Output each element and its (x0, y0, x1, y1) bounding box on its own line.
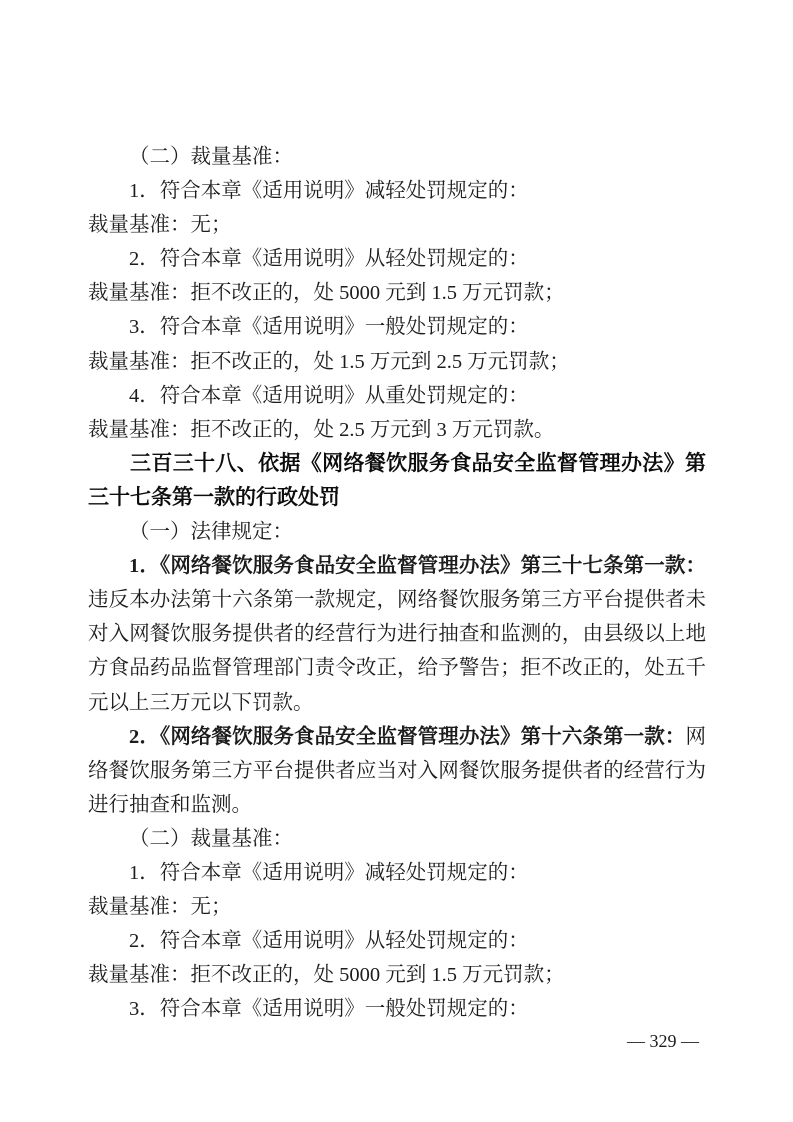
paragraph: 裁量基准：无； (88, 208, 706, 242)
document-body: （二）裁量基准：1．符合本章《适用说明》减轻处罚规定的：裁量基准：无；2．符合本… (88, 140, 706, 1026)
text-run: （一）法律规定： (129, 521, 293, 543)
text-run: （二）裁量基准： (129, 146, 293, 168)
text-run: （二）裁量基准： (129, 828, 293, 850)
text-run: 1．符合本章《适用说明》减轻处罚规定的： (129, 862, 529, 884)
text-run: 1．《网络餐饮服务食品安全监督管理办法》第三十七条第一款： (129, 555, 706, 577)
paragraph: 裁量基准：拒不改正的，处 5000 元到 1.5 万元罚款； (88, 276, 706, 310)
paragraph: （二）裁量基准： (88, 140, 706, 174)
text-run: 裁量基准：拒不改正的，处 1.5 万元到 2.5 万元罚款； (88, 351, 570, 373)
text-run: 裁量基准：拒不改正的，处 2.5 万元到 3 万元罚款。 (88, 419, 554, 441)
text-run: 裁量基准：拒不改正的，处 5000 元到 1.5 万元罚款； (88, 282, 565, 304)
text-run: 2．符合本章《适用说明》从轻处罚规定的： (129, 248, 529, 270)
text-run: 3．符合本章《适用说明》一般处罚规定的： (129, 998, 529, 1020)
text-run: 1．符合本章《适用说明》减轻处罚规定的： (129, 180, 529, 202)
paragraph: 2．《网络餐饮服务食品安全监督管理办法》第十六条第一款：网络餐饮服务第三方平台提… (88, 720, 706, 822)
text-run: 三百三十八、依据《网络餐饮服务食品安全监督管理办法》第三十七条第一款的行政处罚 (88, 452, 706, 509)
paragraph: （一）法律规定： (88, 515, 706, 549)
text-run: 裁量基准：无； (88, 214, 232, 236)
text-run: 2．符合本章《适用说明》从轻处罚规定的： (129, 930, 529, 952)
page-number: — 329 — (627, 1030, 699, 1052)
paragraph: 3．符合本章《适用说明》一般处罚规定的： (88, 310, 706, 344)
paragraph: 裁量基准：拒不改正的，处 1.5 万元到 2.5 万元罚款； (88, 345, 706, 379)
paragraph: 裁量基准：拒不改正的，处 2.5 万元到 3 万元罚款。 (88, 413, 706, 447)
paragraph: 2．符合本章《适用说明》从轻处罚规定的： (88, 242, 706, 276)
text-run: 2．《网络餐饮服务食品安全监督管理办法》第十六条第一款： (129, 726, 686, 748)
text-run: 3．符合本章《适用说明》一般处罚规定的： (129, 316, 529, 338)
text-run: 4．符合本章《适用说明》从重处罚规定的： (129, 385, 529, 407)
text-run: 裁量基准：无； (88, 896, 232, 918)
document-page: （二）裁量基准：1．符合本章《适用说明》减轻处罚规定的：裁量基准：无；2．符合本… (0, 0, 793, 1122)
paragraph: 裁量基准：拒不改正的，处 5000 元到 1.5 万元罚款； (88, 958, 706, 992)
text-run: 违反本办法第十六条第一款规定，网络餐饮服务第三方平台提供者未对入网餐饮服务提供者… (88, 589, 706, 713)
paragraph: 2．符合本章《适用说明》从轻处罚规定的： (88, 924, 706, 958)
paragraph: （二）裁量基准： (88, 822, 706, 856)
paragraph: 1．《网络餐饮服务食品安全监督管理办法》第三十七条第一款：违反本办法第十六条第一… (88, 549, 706, 719)
section-heading: 三百三十八、依据《网络餐饮服务食品安全监督管理办法》第三十七条第一款的行政处罚 (88, 447, 706, 515)
paragraph: 1．符合本章《适用说明》减轻处罚规定的： (88, 856, 706, 890)
text-run: 裁量基准：拒不改正的，处 5000 元到 1.5 万元罚款； (88, 964, 565, 986)
paragraph: 1．符合本章《适用说明》减轻处罚规定的： (88, 174, 706, 208)
paragraph: 3．符合本章《适用说明》一般处罚规定的： (88, 992, 706, 1026)
paragraph: 4．符合本章《适用说明》从重处罚规定的： (88, 379, 706, 413)
paragraph: 裁量基准：无； (88, 890, 706, 924)
